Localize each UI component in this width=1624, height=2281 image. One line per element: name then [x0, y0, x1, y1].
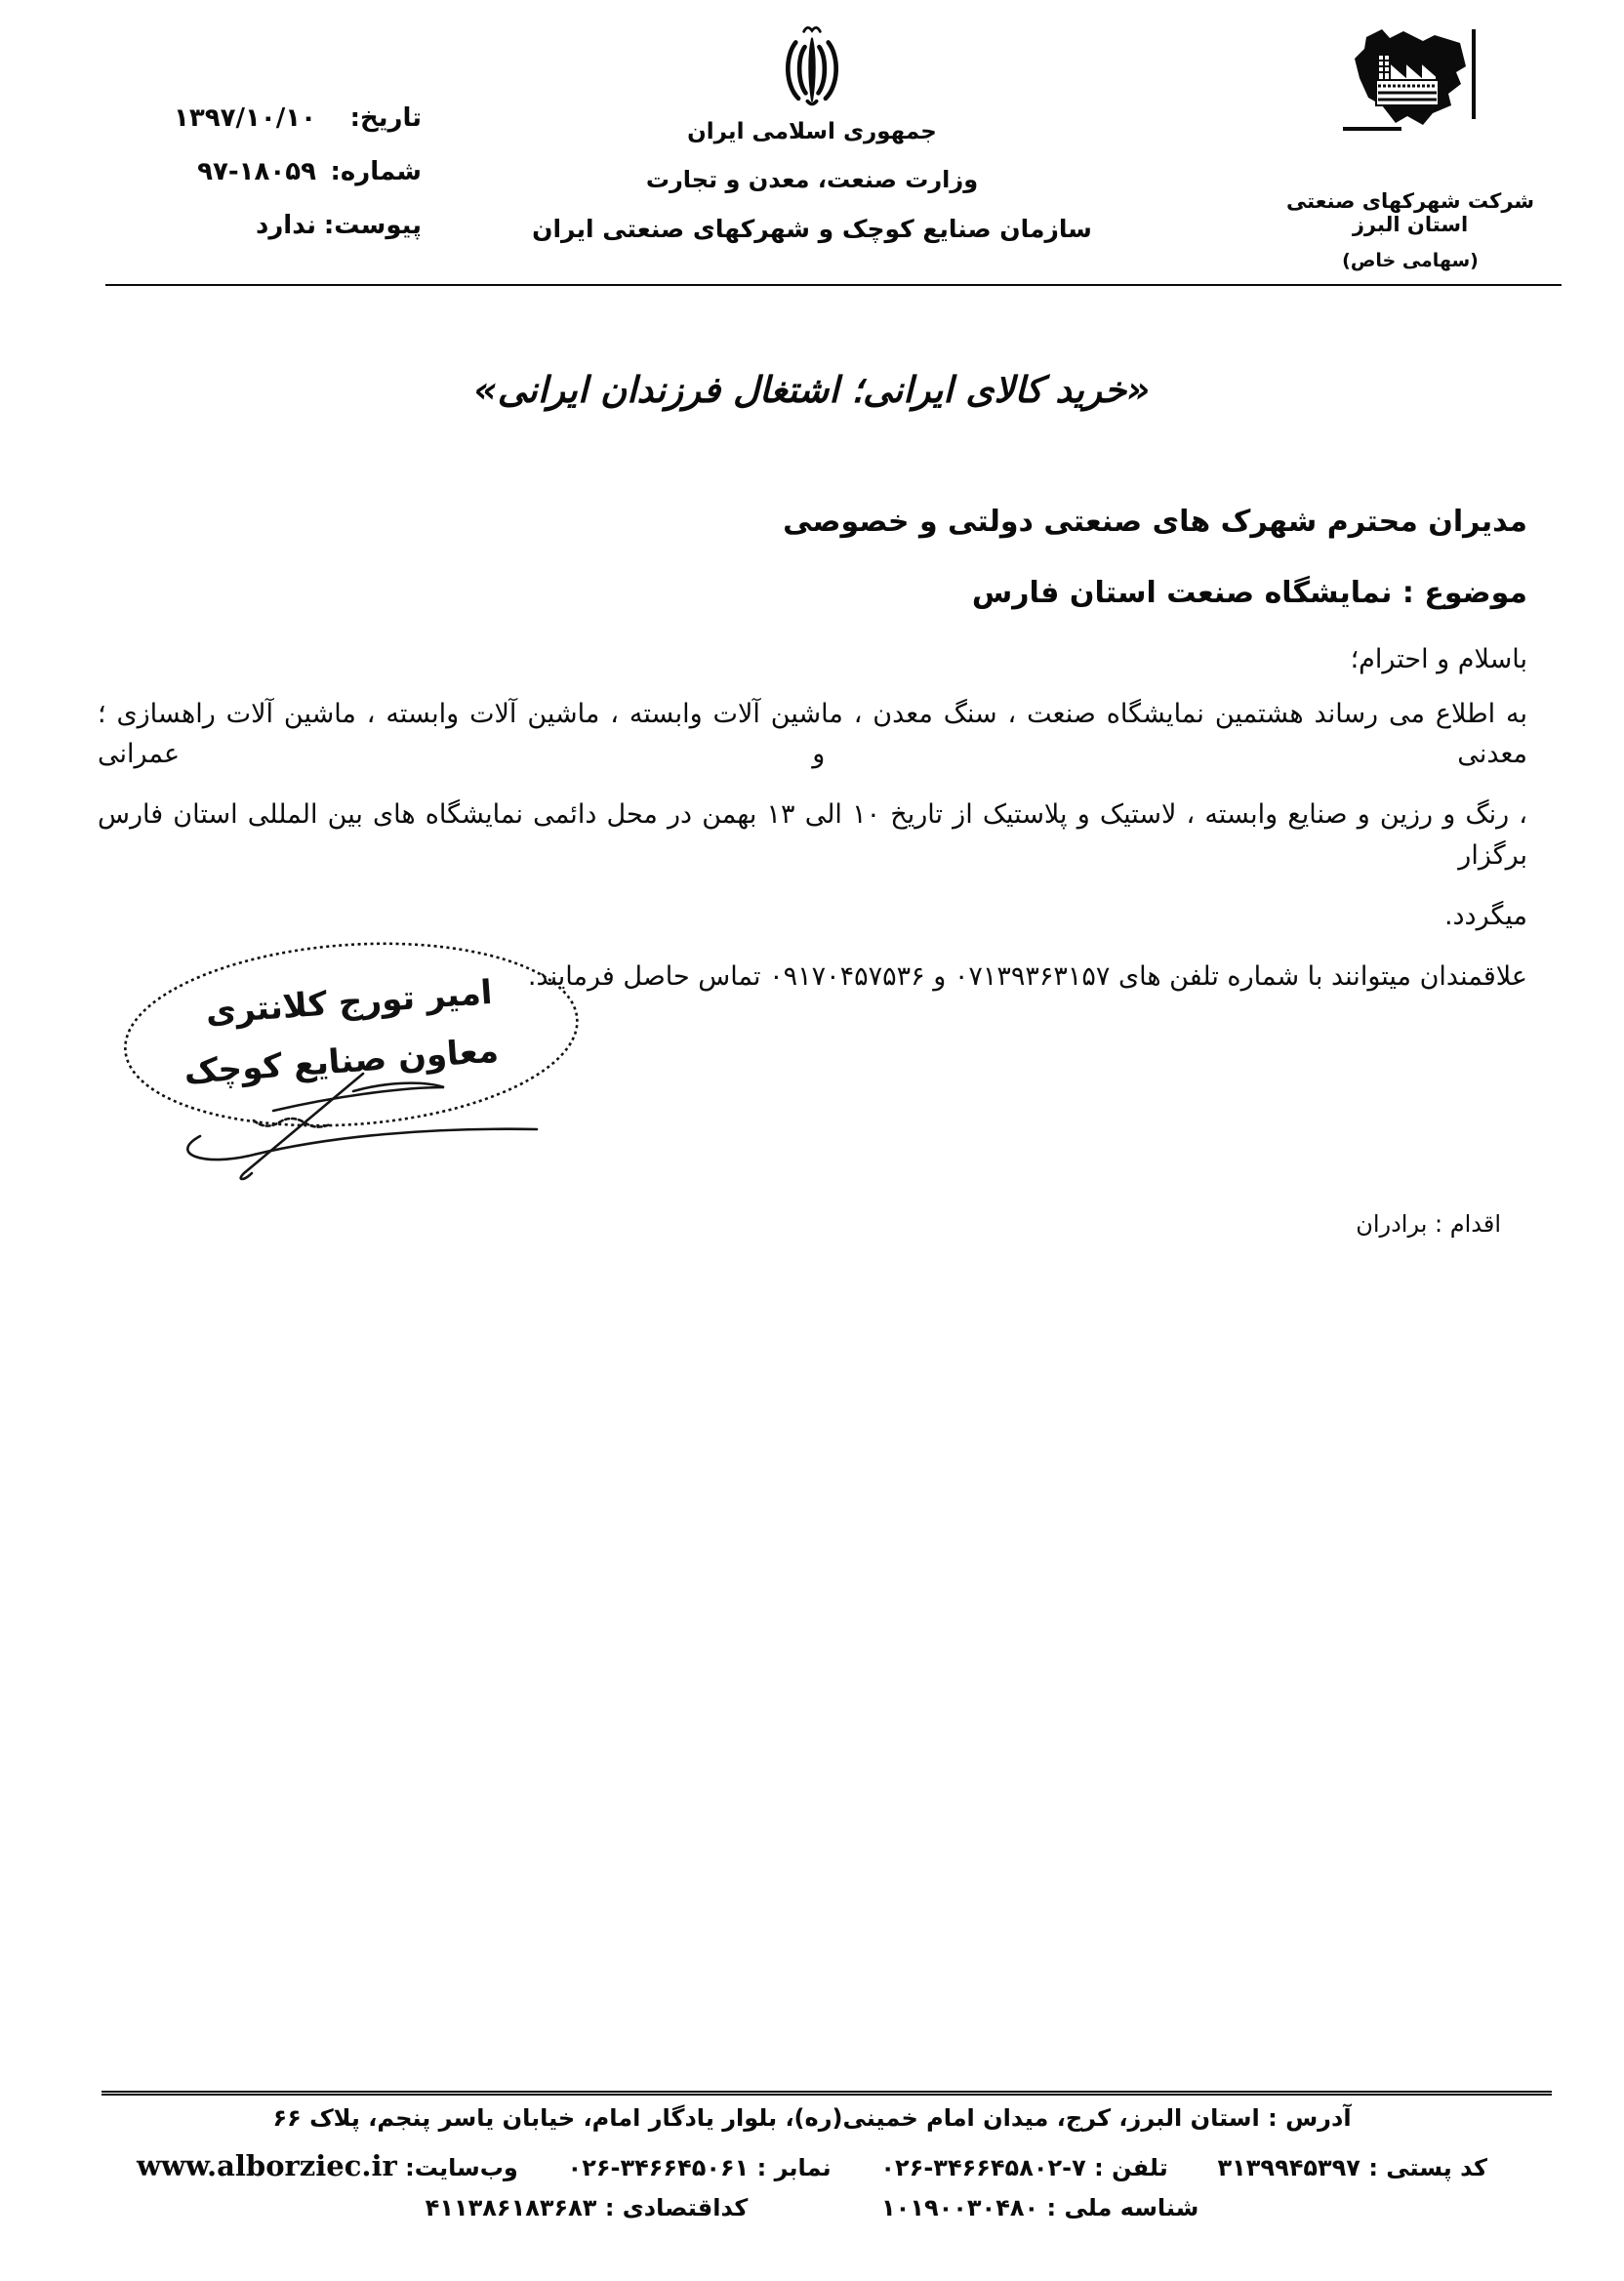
attachment-label: پیوست:	[316, 211, 422, 240]
meta-number-row: شماره: ۹۷-۱۸۰۵۹	[90, 157, 422, 186]
footer-ids-line: شناسه ملی : ۱۰۱۹۰۰۳۰۴۸۰ کداقتصادی : ۴۱۱۳…	[0, 2194, 1624, 2221]
date-label: تاریخ:	[316, 103, 422, 133]
recipient-line: مدیران محترم شهرک های صنعتی دولتی و خصوص…	[98, 500, 1527, 544]
stamp-name: امیر تورج کلانتری	[204, 973, 493, 1032]
phone-label: تلفن :	[1094, 2154, 1168, 2181]
footer-divider	[101, 2091, 1552, 2096]
contact-conjunction: و	[925, 961, 954, 992]
official-letter-page: تاریخ: ۱۳۹۷/۱۰/۱۰ شماره: ۹۷-۱۸۰۵۹ پیوست:…	[0, 0, 1624, 2281]
letter-meta-block: تاریخ: ۱۳۹۷/۱۰/۱۰ شماره: ۹۷-۱۸۰۵۹ پیوست:…	[90, 103, 422, 265]
date-value: ۱۳۹۷/۱۰/۱۰	[174, 103, 316, 133]
iran-map-factory-logo	[1337, 23, 1483, 178]
issuer-ministry: وزارت صنعت، معدن و تجارت	[509, 166, 1115, 193]
national-id-label: شناسه ملی :	[1047, 2194, 1199, 2221]
contact-prefix: علاقمندان میتوانند با شماره تلفن های	[1110, 961, 1527, 992]
company-header: شرکت شهرکهای صنعتی استان البرز (سهامی خا…	[1259, 23, 1562, 271]
fax-value: ۰۲۶-۳۴۶۶۴۵۰۶۱	[568, 2154, 750, 2181]
national-id-value: ۱۰۱۹۰۰۳۰۴۸۰	[881, 2194, 1038, 2221]
company-type: (سهامی خاص)	[1259, 250, 1562, 271]
header-divider	[105, 284, 1562, 286]
fax-label: نمابر :	[757, 2154, 832, 2181]
iran-emblem-icon	[771, 23, 853, 109]
postal-code-label: کد پستی :	[1368, 2154, 1487, 2181]
issuer-country: جمهوری اسلامی ایران	[509, 119, 1115, 144]
subject-line: موضوع : نمایشگاه صنعت استان فارس	[98, 571, 1527, 615]
meta-date-row: تاریخ: ۱۳۹۷/۱۰/۱۰	[90, 103, 422, 133]
phone-value: ۰۲۶-۳۴۶۶۴۵۸۰۲-۷	[880, 2154, 1085, 2181]
website-label: وب‌سایت:	[405, 2154, 518, 2181]
body-line-2: ، رنگ و رزین و صنایع وابسته ، لاستیک و پ…	[98, 794, 1527, 876]
stamp-title: معاون صنایع کوچک	[183, 1032, 500, 1092]
stamp-border	[119, 929, 584, 1140]
attachment-value: ندارد	[256, 211, 316, 240]
postal-code-value: ۳۱۳۹۹۴۵۳۹۷	[1217, 2154, 1360, 2181]
meta-attachment-row: پیوست: ندارد	[90, 211, 422, 240]
economic-code-label: کداقتصادی :	[605, 2194, 748, 2221]
footer-address-line: آدرس : استان البرز، کرج، میدان امام خمین…	[0, 2104, 1624, 2132]
company-name: شرکت شهرکهای صنعتی استان البرز	[1259, 189, 1562, 236]
issuer-organization: سازمان صنایع کوچک و شهرکهای صنعتی ایران	[509, 215, 1115, 243]
number-label: شماره:	[316, 157, 422, 186]
signature-scribble	[187, 1074, 537, 1179]
body-line-1: به اطلاع می رساند هشتمین نمایشگاه صنعت ،…	[98, 694, 1527, 776]
contact-phone-2: ۰۹۱۷۰۴۵۷۵۳۶	[769, 961, 925, 992]
contact-phone-1: ۰۷۱۳۹۳۶۳۱۵۷	[954, 961, 1111, 992]
letter-body: مدیران محترم شهرک های صنعتی دولتی و خصوص…	[98, 500, 1527, 998]
slogan-text: «خرید کالای ایرانی؛ اشتغال فرزندان ایران…	[0, 369, 1624, 411]
salutation-line: باسلام و احترام؛	[98, 640, 1527, 680]
economic-code-value: ۴۱۱۳۸۶۱۸۳۶۸۳	[426, 2194, 597, 2221]
website-url: www.alborziec.ir	[137, 2149, 397, 2182]
number-value: ۹۷-۱۸۰۵۹	[197, 157, 316, 186]
footer-contact-line: کد پستی : ۳۱۳۹۹۴۵۳۹۷ تلفن : ۰۲۶-۳۴۶۶۴۵۸۰…	[0, 2149, 1624, 2182]
issuer-header: جمهوری اسلامی ایران وزارت صنعت، معدن و ت…	[509, 23, 1115, 243]
stamp-and-signature: امیر تورج کلانتری معاون صنایع کوچک	[107, 929, 595, 1192]
action-note: اقدام : برادران	[1356, 1210, 1501, 1238]
